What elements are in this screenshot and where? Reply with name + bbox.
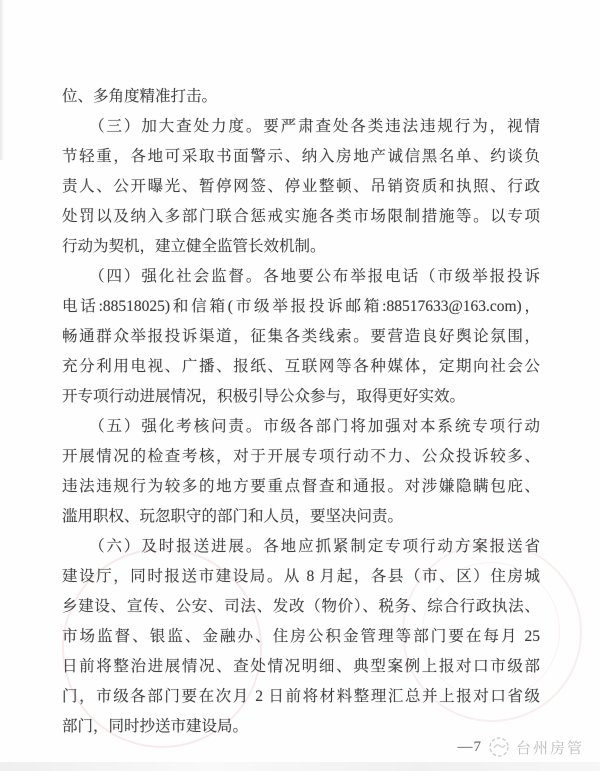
document-line: 日前将整治进展情况、查处情况明细、典型案例上报对口市级部 [62, 652, 540, 682]
document-line: （六）及时报送进展。各地应抓紧制定专项行动方案报送省 [62, 532, 540, 562]
document-line: 处罚以及纳入多部门联合惩戒实施各类市场限制措施等。以专项 [62, 202, 540, 232]
document-line: 充分利用电视、广播、报纸、互联网等各种媒体，定期向社会公 [62, 352, 540, 382]
document-line: 市场监督、银监、金融办、住房公积金管理等部门要在每月 25 [62, 622, 540, 652]
document-line: 电话:88518025)和信箱(市级举报投诉邮箱:88517633@163.co… [62, 292, 540, 322]
document-line: 节轻重，各地可采取书面警示、纳入房地产诚信黑名单、约谈负 [62, 142, 540, 172]
document-line: 责人、公开曝光、暂停网签、停业整顿、吊销资质和执照、行政 [62, 172, 540, 202]
document-line: 乡建设、宣传、公安、司法、发改（物价）、税务、综合行政执法、 [62, 592, 540, 622]
page-number: —7 [457, 739, 482, 756]
watermark-logo-icon [487, 735, 511, 759]
document-line: 滥用职权、玩忽职守的部门和人员，要坚决问责。 [62, 502, 540, 532]
document-line: （五）强化考核问责。市级各部门将加强对本系统专项行动 [62, 412, 540, 442]
document-line: 违法违规行为较多的地方要重点督查和通报。对涉嫌隐瞒包庇、 [62, 472, 540, 502]
scan-bottom-artifact [0, 762, 600, 771]
document-line: 建设厅，同时报送市建设局。从 8 月起，各县（市、区）住房城 [62, 562, 540, 592]
document-body: 位、多角度精准打击。 （三）加大查处力度。要严肃查处各类违法违规行为，视情节轻重… [62, 82, 540, 742]
document-line: 畅通群众举报投诉渠道，征集各类线索。要营造良好舆论氛围， [62, 322, 540, 352]
document-line: （三）加大查处力度。要严肃查处各类违法违规行为，视情 [62, 112, 540, 142]
document-line: 位、多角度精准打击。 [62, 82, 540, 112]
document-line: 门，市级各部门要在次月 2 日前将材料整理汇总并上报对口省级 [62, 682, 540, 712]
document-line: （四）强化社会监督。各地要公布举报电话（市级举报投诉 [62, 262, 540, 292]
page-footer: —7 台州房管 [457, 735, 584, 759]
document-line: 开展情况的检查考核，对于开展专项行动不力、公众投诉较多、 [62, 442, 540, 472]
scan-edge-artifact [0, 0, 4, 160]
scanned-document-page: 位、多角度精准打击。 （三）加大查处力度。要严肃查处各类违法违规行为，视情节轻重… [0, 0, 600, 771]
document-line: 行动为契机，建立健全监管长效机制。 [62, 232, 540, 262]
document-line: 开专项行动进展情况，积极引导公众参与，取得更好实效。 [62, 382, 540, 412]
watermark-text: 台州房管 [516, 737, 584, 758]
